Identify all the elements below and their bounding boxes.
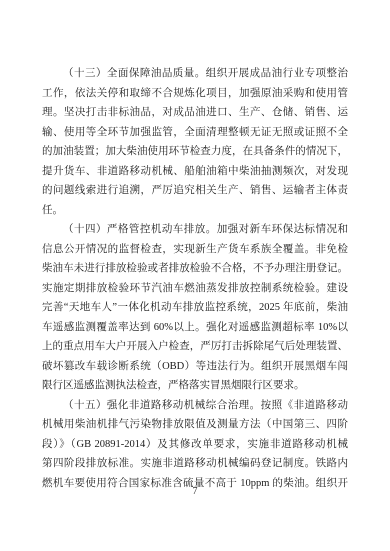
text-line: 任。 bbox=[42, 201, 348, 221]
text-line: 完善“天地车人”一体化机动车排放监控系统，2025 年底前，柴油 bbox=[42, 298, 348, 318]
document-page: （十三）全面保障油品质量。组织开展成品油行业专项整治工作，依法关停和取缔不合规炼… bbox=[0, 0, 390, 551]
text-line: 工作，依法关停和取缔不合规炼化项目，加强原油采购和使用管 bbox=[42, 84, 348, 104]
text-line: 输、使用等全环节加强监管，全面清理整顿无证无照或证照不全 bbox=[42, 123, 348, 143]
text-line: （十四）严格管控机动车排放。加强对新车环保达标情况和 bbox=[42, 220, 348, 240]
text-line: 信息公开情况的监督检查，实现新生产货车系族全覆盖。非免检 bbox=[42, 240, 348, 260]
text-line: 实施定期排放检验环节汽油车燃油蒸发排放控制系统检验。建设 bbox=[42, 279, 348, 299]
paragraph-item-13: （十三）全面保障油品质量。组织开展成品油行业专项整治工作，依法关停和取缔不合规炼… bbox=[42, 64, 348, 220]
text-line: 机械用柴油机排气污染物排放限值及测量方法（中国第三、四阶 bbox=[42, 415, 348, 435]
paragraph-item-15: （十五）强化非道路移动机械综合治理。按照《非道路移动机械用柴油机排气污染物排放限… bbox=[42, 396, 348, 494]
text-line: 的加油装置；加大柴油使用环节检查力度，在具备条件的情况下， bbox=[42, 142, 348, 162]
text-line: 上的重点用车大户开展入户检查，严厉打击拆除尾气后处理装置、 bbox=[42, 337, 348, 357]
text-line: 柴油车未进行排放检验或者排放检验不合格，不予办理注册登记。 bbox=[42, 259, 348, 279]
paragraph-item-14: （十四）严格管控机动车排放。加强对新车环保达标情况和信息公开情况的监督检查，实现… bbox=[42, 220, 348, 396]
text-line: 车遥感监测覆盖率达到 60%以上。强化对遥感监测超标率 10%以 bbox=[42, 318, 348, 338]
text-line: 段）》（GB 20891-2014）及其修改单要求，实施非道路移动机械 bbox=[42, 435, 348, 455]
text-line: 第四阶段排放标准。实施非道路移动机械编码登记制度。铁路内 bbox=[42, 454, 348, 474]
text-line: （十五）强化非道路移动机械综合治理。按照《非道路移动 bbox=[42, 396, 348, 416]
text-line: （十三）全面保障油品质量。组织开展成品油行业专项整治 bbox=[42, 64, 348, 84]
text-line: 限行区遥感监测执法检查，严格落实冒黑烟限行区要求。 bbox=[42, 376, 348, 396]
text-line: 理。坚决打击非标油品，对成品油进口、生产、仓储、销售、运 bbox=[42, 103, 348, 123]
document-body: （十三）全面保障油品质量。组织开展成品油行业专项整治工作，依法关停和取缔不合规炼… bbox=[42, 64, 348, 493]
text-line: 破坏篡改车载诊断系统（OBD）等违法行为。组织开展黑烟车闯 bbox=[42, 357, 348, 377]
page-number: 7 bbox=[0, 485, 390, 499]
text-line: 的问题线索进行追溯，严厉追究相关生产、销售、运输者主体责 bbox=[42, 181, 348, 201]
text-line: 提升货车、非道路移动机械、船舶油箱中柴油抽测频次，对发现 bbox=[42, 162, 348, 182]
